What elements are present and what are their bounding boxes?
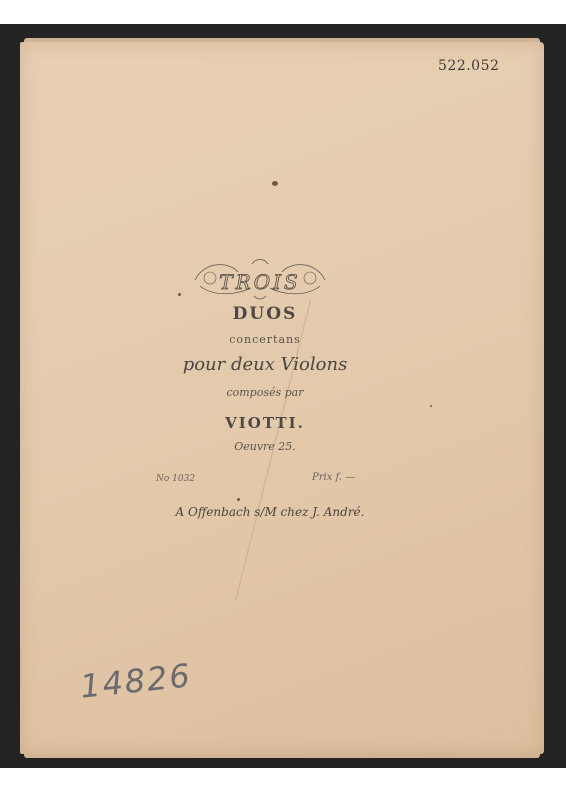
title-trois: TROIS: [190, 270, 330, 294]
foxing-spot: [178, 293, 181, 296]
composer-name: VIOTTI.: [150, 414, 380, 432]
ornamental-title: TROIS: [190, 258, 330, 300]
foxing-spot: [237, 498, 240, 501]
publisher-imprint: A Offenbach s/M chez J. André.: [170, 505, 370, 519]
opus-number: Oeuvre 25.: [150, 440, 380, 453]
title-instrumentation: pour deux Violons: [150, 354, 380, 375]
title-duos: DUOS: [150, 304, 380, 324]
price-label: Prix f. —: [312, 472, 355, 483]
title-composed-by: composés par: [150, 386, 380, 399]
title-concertans: concertans: [150, 333, 380, 346]
foxing-spot: [272, 181, 278, 186]
foxing-spot: [430, 405, 432, 407]
library-catalog-number: 522.052: [438, 58, 499, 74]
plate-number: No 1032: [156, 474, 195, 484]
